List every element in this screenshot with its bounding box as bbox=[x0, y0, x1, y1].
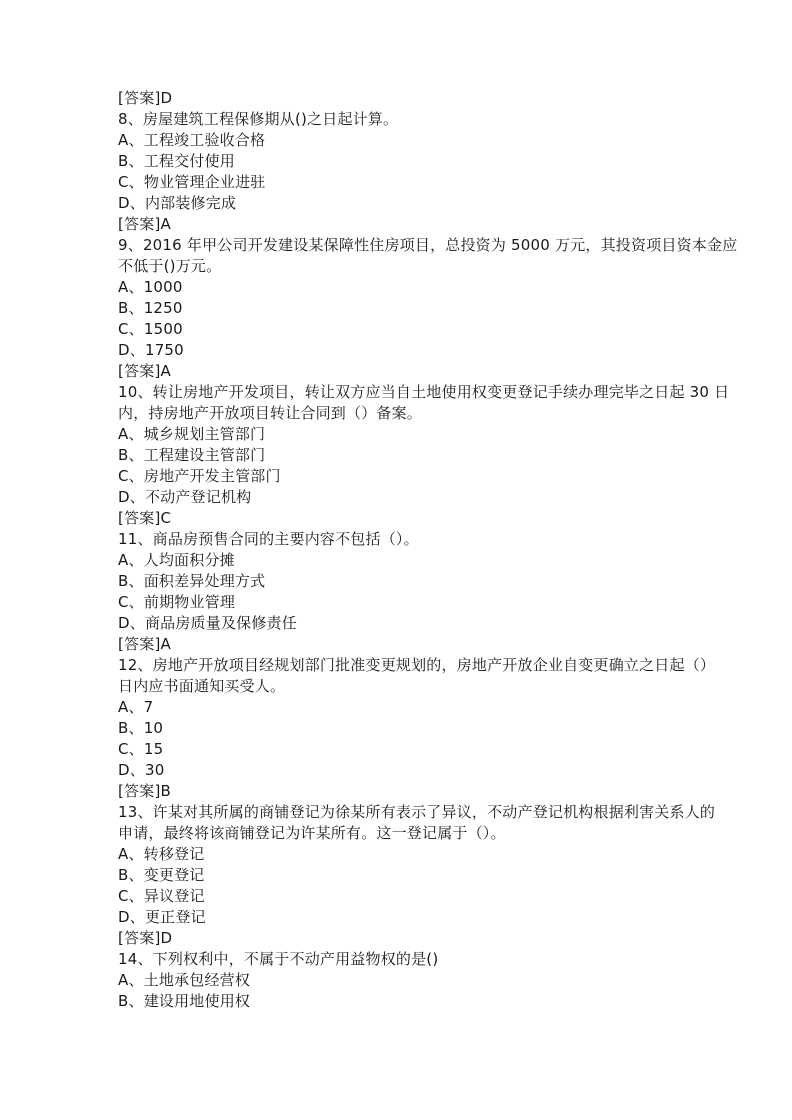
option-line: C、物业管理企业进驻 bbox=[118, 172, 698, 193]
option-line: B、建设用地使用权 bbox=[118, 991, 698, 1012]
option-line: D、更正登记 bbox=[118, 907, 698, 928]
option-line: D、30 bbox=[118, 760, 698, 781]
answer-line: [答案]D bbox=[118, 928, 698, 949]
answer-line: [答案]B bbox=[118, 781, 698, 802]
option-line: A、城乡规划主管部门 bbox=[118, 424, 698, 445]
question-line: 12、房地产开放项目经规划部门批准变更规划的，房地产开放企业自变更确立之日起（） bbox=[118, 655, 698, 676]
option-line: C、1500 bbox=[118, 319, 698, 340]
option-line: B、工程交付使用 bbox=[118, 151, 698, 172]
answer-line: [答案]C bbox=[118, 508, 698, 529]
option-line: A、1000 bbox=[118, 277, 698, 298]
option-line: B、10 bbox=[118, 718, 698, 739]
question-line: 13、许某对其所属的商铺登记为徐某所有表示了异议，不动产登记机构根据利害关系人的 bbox=[118, 802, 698, 823]
question-line: 内，持房地产开放项目转让合同到（）备案。 bbox=[118, 403, 698, 424]
option-line: C、前期物业管理 bbox=[118, 592, 698, 613]
option-line: B、工程建设主管部门 bbox=[118, 445, 698, 466]
question-block-13: 13、许某对其所属的商铺登记为徐某所有表示了异议，不动产登记机构根据利害关系人的… bbox=[118, 802, 698, 949]
option-line: B、1250 bbox=[118, 298, 698, 319]
answer-line: [答案]A bbox=[118, 634, 698, 655]
option-line: D、内部装修完成 bbox=[118, 193, 698, 214]
question-block-11: 11、商品房预售合同的主要内容不包括（）。 A、人均面积分摊 B、面积差异处理方… bbox=[118, 529, 698, 655]
question-line: 9、2016 年甲公司开发建设某保障性住房项目，总投资为 5000 万元，其投资… bbox=[118, 235, 698, 256]
answer-line: [答案]A bbox=[118, 361, 698, 382]
option-line: D、商品房质量及保修责任 bbox=[118, 613, 698, 634]
document-page: [答案]D 8、房屋建筑工程保修期从()之日起计算。 A、工程竣工验收合格 B、… bbox=[118, 88, 698, 1012]
option-line: D、不动产登记机构 bbox=[118, 487, 698, 508]
option-line: A、工程竣工验收合格 bbox=[118, 130, 698, 151]
answer-line: [答案]A bbox=[118, 214, 698, 235]
option-line: A、7 bbox=[118, 697, 698, 718]
question-block-14: 14、下列权利中，不属于不动产用益物权的是() A、土地承包经营权 B、建设用地… bbox=[118, 949, 698, 1012]
option-line: C、房地产开发主管部门 bbox=[118, 466, 698, 487]
question-block-10: 10、转让房地产开发项目，转让双方应当自土地使用权变更登记手续办理完毕之日起 3… bbox=[118, 382, 698, 529]
option-line: A、人均面积分摊 bbox=[118, 550, 698, 571]
option-line: B、变更登记 bbox=[118, 865, 698, 886]
option-line: A、土地承包经营权 bbox=[118, 970, 698, 991]
question-line: 10、转让房地产开发项目，转让双方应当自土地使用权变更登记手续办理完毕之日起 3… bbox=[118, 382, 698, 403]
option-line: A、转移登记 bbox=[118, 844, 698, 865]
answer-line: [答案]D bbox=[118, 88, 698, 109]
option-line: C、15 bbox=[118, 739, 698, 760]
question-line: 11、商品房预售合同的主要内容不包括（）。 bbox=[118, 529, 698, 550]
question-block-8: 8、房屋建筑工程保修期从()之日起计算。 A、工程竣工验收合格 B、工程交付使用… bbox=[118, 109, 698, 235]
option-line: B、面积差异处理方式 bbox=[118, 571, 698, 592]
question-line: 日内应书面通知买受人。 bbox=[118, 676, 698, 697]
option-line: D、1750 bbox=[118, 340, 698, 361]
question-line: 申请，最终将该商铺登记为许某所有。这一登记属于（）。 bbox=[118, 823, 698, 844]
question-block-9: 9、2016 年甲公司开发建设某保障性住房项目，总投资为 5000 万元，其投资… bbox=[118, 235, 698, 382]
question-line: 8、房屋建筑工程保修期从()之日起计算。 bbox=[118, 109, 698, 130]
question-line: 不低于()万元。 bbox=[118, 256, 698, 277]
question-block-12: 12、房地产开放项目经规划部门批准变更规划的，房地产开放企业自变更确立之日起（）… bbox=[118, 655, 698, 802]
question-line: 14、下列权利中，不属于不动产用益物权的是() bbox=[118, 949, 698, 970]
option-line: C、异议登记 bbox=[118, 886, 698, 907]
